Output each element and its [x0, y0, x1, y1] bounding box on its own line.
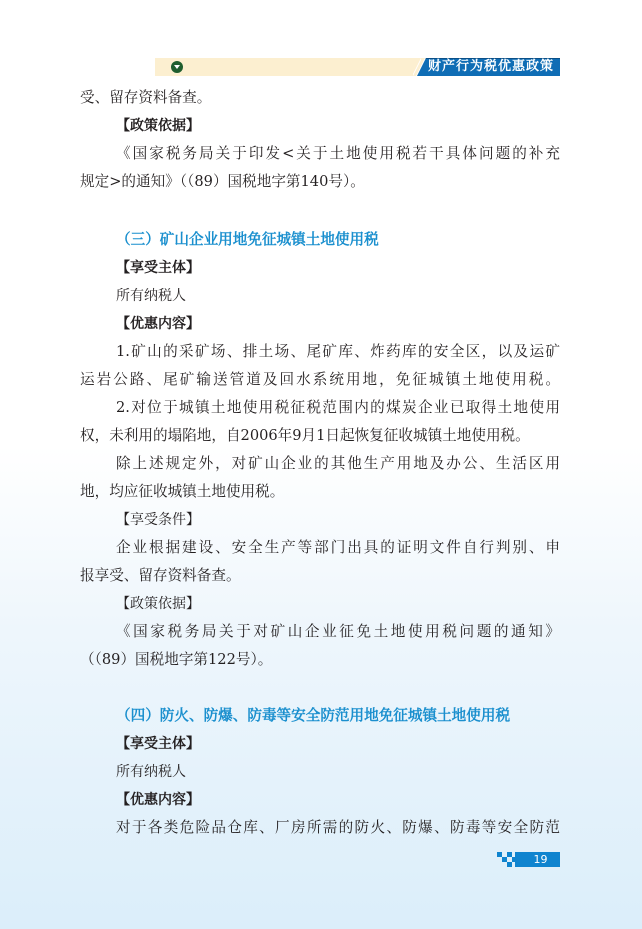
- content-text: 对于各类危险品仓库、厂房所需的防火、防爆、防毒等安全防范: [116, 818, 560, 838]
- content-text: 地，均应征收城镇土地使用税。: [80, 482, 284, 502]
- section-title: （四）防火、防爆、防毒等安全防范用地免征城镇土地使用税: [116, 706, 510, 726]
- policy-basis-text: （（89）国税地字第122号）。: [80, 650, 272, 670]
- conditions-text: 报享受、留存资料备查。: [80, 566, 241, 586]
- page-number: 19: [515, 852, 560, 867]
- policy-basis-text: 《国家税务局关于印发<关于土地使用税若干具体问题的补充: [116, 144, 560, 164]
- content-label: 【优惠内容】: [116, 790, 200, 810]
- content-text: 1.矿山的采矿场、排土场、尾矿库、炸药库的安全区，以及运矿: [116, 342, 560, 362]
- content-text: 除上述规定外，对矿山企业的其他生产用地及办公、生活区用: [116, 454, 560, 474]
- conditions-label: 【享受条件】: [116, 510, 200, 530]
- chevron-down-circle-icon: [171, 61, 183, 73]
- content-text: 权，未利用的塌陷地，自2006年9月1日起恢复征收城镇土地使用税。: [80, 426, 530, 446]
- running-header: 财产行为税优惠政策: [155, 58, 560, 76]
- policy-basis-label: 【政策依据】: [116, 116, 200, 136]
- header-section-label: 财产行为税优惠政策: [428, 58, 554, 76]
- section-title: （三）矿山企业用地免征城镇土地使用税: [116, 230, 379, 250]
- beneficiary-label: 【享受主体】: [116, 258, 200, 278]
- policy-basis-text: 规定>的通知》（（89）国税地字第140号）。: [80, 172, 365, 192]
- carry-over-text: 受、留存资料备查。: [80, 88, 211, 108]
- content-text: 2.对位于城镇土地使用税征税范围内的煤炭企业已取得土地使用: [116, 398, 560, 418]
- beneficiary-label: 【享受主体】: [116, 734, 200, 754]
- policy-basis-label: 【政策依据】: [116, 594, 200, 614]
- content-text: 运岩公路、尾矿输送管道及回水系统用地，免征城镇土地使用税。: [80, 370, 560, 390]
- page-number-badge: 19: [497, 852, 560, 867]
- beneficiary-text: 所有纳税人: [116, 762, 186, 782]
- header-cream-strip: [155, 58, 425, 76]
- conditions-text: 企业根据建设、安全生产等部门出具的证明文件自行判别、申: [116, 538, 560, 558]
- checker-pattern-icon: [497, 852, 515, 867]
- beneficiary-text: 所有纳税人: [116, 286, 186, 306]
- policy-basis-text: 《国家税务局关于对矿山企业征免土地使用税问题的通知》: [116, 622, 560, 642]
- header-section-tab: 财产行为税优惠政策: [417, 58, 560, 76]
- content-label: 【优惠内容】: [116, 314, 200, 334]
